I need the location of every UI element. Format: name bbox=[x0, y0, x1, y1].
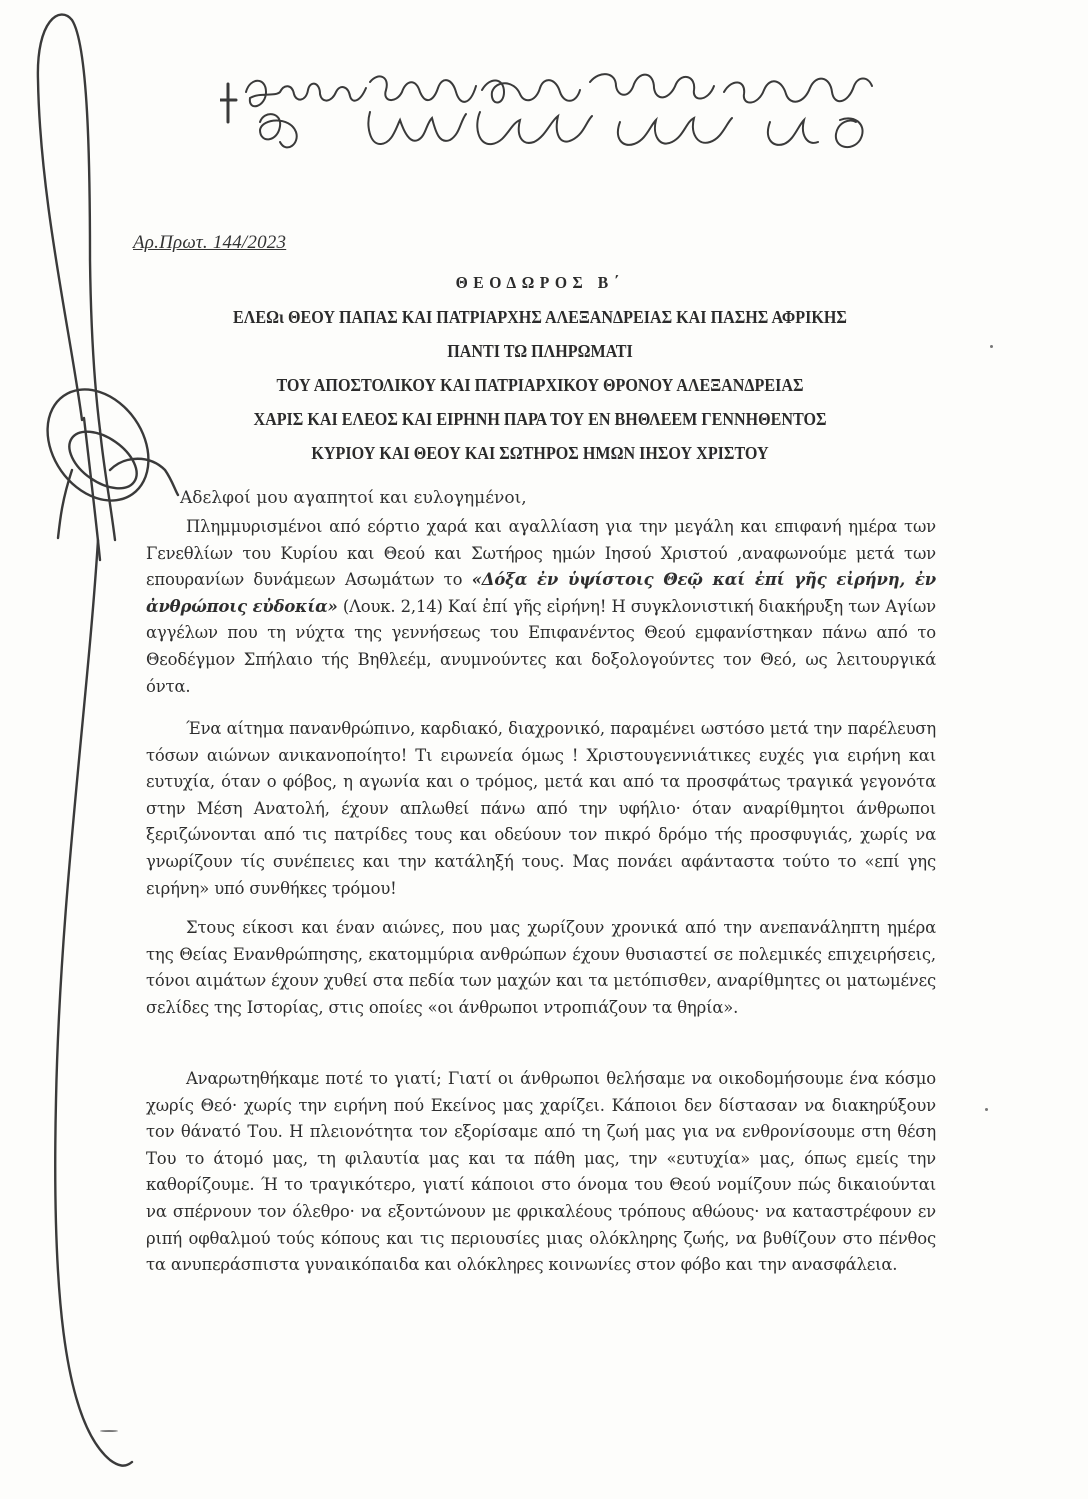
heading-line: ΠΑΝΤΙ ΤΩ ΠΛΗΡΩΜΑΤΙ bbox=[172, 334, 908, 368]
scanned-document-page: Handwritten calligraphic patriarchal sig… bbox=[0, 0, 1088, 1499]
patriarch-signature: Handwritten calligraphic patriarchal sig… bbox=[220, 62, 880, 162]
heading-line: ΧΑΡΙΣ ΚΑΙ ΕΛΕΟΣ ΚΑΙ ΕΙΡΗΝΗ ΠΑΡΑ ΤΟΥ ΕΝ Β… bbox=[172, 402, 908, 436]
letter-heading: ΘΕΟΔΩΡΟΣ Β΄ ΕΛΕΩι ΘΕΟΥ ΠΑΠΑΣ ΚΑΙ ΠΑΤΡΙΑΡ… bbox=[172, 266, 908, 470]
scan-speck bbox=[985, 1108, 988, 1111]
scan-speck bbox=[100, 1430, 118, 1432]
heading-line: ΚΥΡΙΟΥ ΚΑΙ ΘΕΟΥ ΚΑΙ ΣΩΤΗΡΟΣ ΗΜΩΝ ΙΗΣΟΥ Χ… bbox=[172, 436, 908, 470]
patriarch-name: ΘΕΟΔΩΡΟΣ Β΄ bbox=[172, 266, 908, 300]
scan-speck bbox=[990, 345, 993, 348]
paragraph-2: Ένα αίτημα πανανθρώπινο, καρδιακό, διαχρ… bbox=[146, 716, 936, 902]
paragraph-1: Πλημμυρισμένοι από εόρτιο χαρά και αγαλλ… bbox=[146, 514, 936, 700]
protocol-number: Αρ.Πρωτ. 144/2023 bbox=[133, 232, 286, 254]
paragraph-4: Αναρωτηθήκαμε ποτέ το γιατί; Γιατί οι άν… bbox=[146, 1066, 936, 1279]
greeting: Αδελφοί μου αγαπητοί και ευλογημένοι, bbox=[180, 488, 527, 508]
paragraph-3: Στους είκοσι και έναν αιώνες, που μας χω… bbox=[146, 915, 936, 1021]
heading-line: ΤΟΥ ΑΠΟΣΤΟΛΙΚΟΥ ΚΑΙ ΠΑΤΡΙΑΡΧΙΚΟΥ ΘΡΟΝΟΥ … bbox=[172, 368, 908, 402]
heading-line: ΕΛΕΩι ΘΕΟΥ ΠΑΠΑΣ ΚΑΙ ΠΑΤΡΙΑΡΧΗΣ ΑΛΕΞΑΝΔΡ… bbox=[172, 300, 908, 334]
